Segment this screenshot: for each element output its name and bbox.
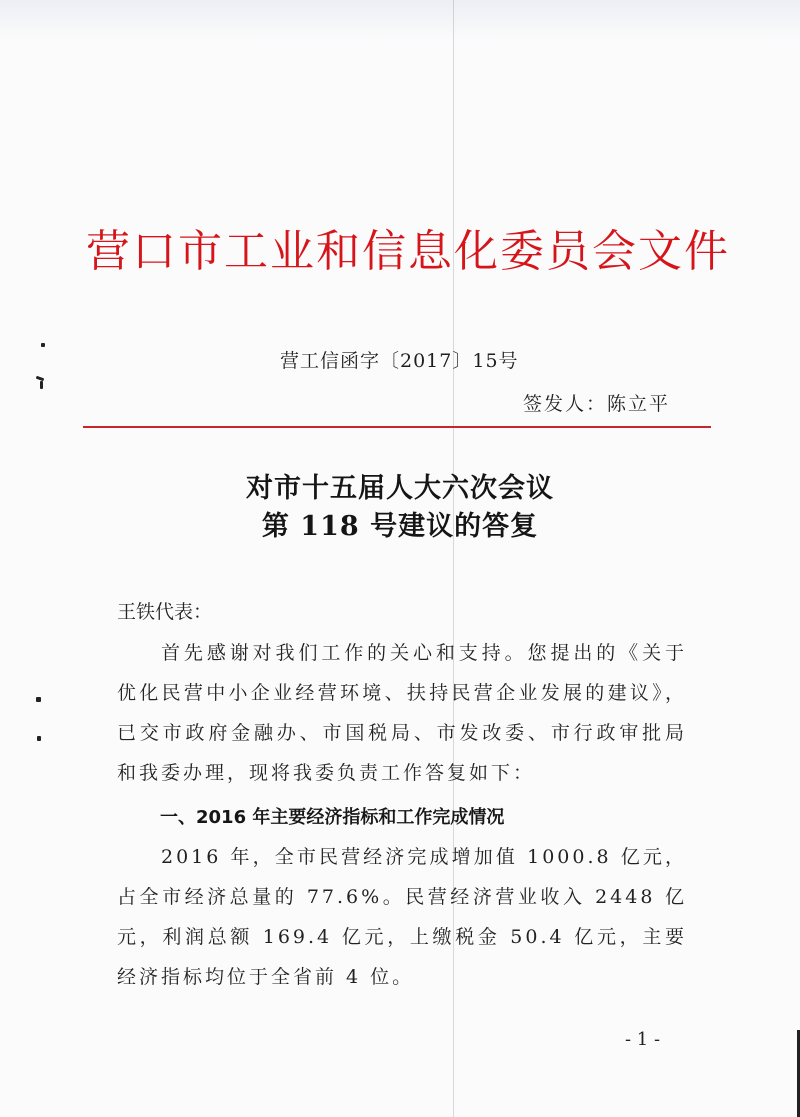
binding-hole-mark (41, 343, 45, 347)
section-heading-1: 一、2016 年主要经济指标和工作完成情况 (160, 803, 504, 829)
body-paragraph-2: 2016 年，全市民营经济完成增加值 1000.8 亿元，占全市经济总量的 77… (117, 837, 687, 997)
signer: 签发人：陈立平 (523, 389, 670, 416)
salutation: 王铁代表： (117, 597, 212, 624)
document-page: 营口市工业和信息化委员会文件 营工信函字〔2017〕15号 签发人：陈立平 对市… (0, 0, 800, 1117)
binding-hole-mark (36, 697, 41, 702)
body-paragraph-1: 首先感谢对我们工作的关心和支持。您提出的《关于优化民营中小企业经营环境、扶持民营… (117, 633, 687, 793)
document-title: 对市十五届人大六次会议 第 118 号建议的答复 (150, 470, 650, 546)
page-number: - 1 - (625, 1029, 660, 1050)
document-masthead: 营口市工业和信息化委员会文件 (86, 222, 716, 282)
title-line-2: 第 118 号建议的答复 (150, 508, 650, 546)
binding-hole-mark (37, 736, 41, 741)
binding-hole-mark (40, 381, 43, 389)
document-number: 营工信函字〔2017〕15号 (280, 346, 519, 373)
red-divider-rule (83, 426, 711, 428)
title-line-1: 对市十五届人大六次会议 (150, 470, 650, 508)
